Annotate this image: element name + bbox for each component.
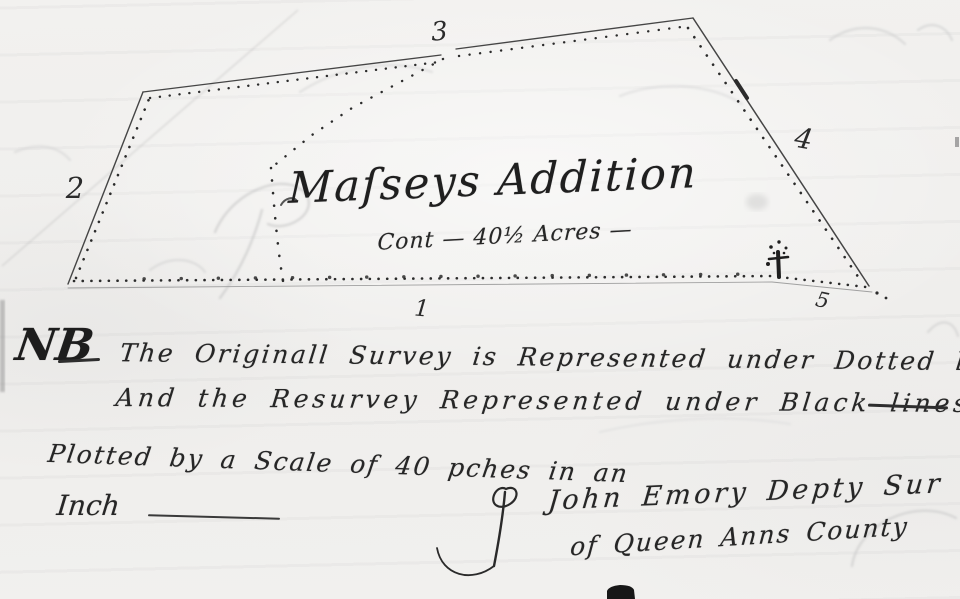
- cross-arm: [769, 257, 788, 259]
- plat-solid-edges: [68, 18, 872, 292]
- per-mark: [437, 488, 517, 575]
- per-mark-stem: [494, 492, 505, 566]
- plat-dotted-top-right: [459, 26, 689, 56]
- ghost-stroke-top-center: [620, 86, 742, 104]
- smudge-spot: [746, 194, 768, 210]
- cross-dot: [766, 262, 770, 266]
- cross-dot: [769, 245, 773, 249]
- corner-label-2: 2: [65, 171, 84, 205]
- paper-speck: [955, 137, 959, 147]
- stray-dot: [875, 291, 878, 294]
- cross-dot: [783, 252, 786, 255]
- plat-dotted-bottom: [74, 276, 866, 287]
- crease-line: [2, 10, 298, 266]
- plat-edge-top-left: [143, 55, 441, 92]
- edge-shadow-left: [0, 300, 5, 392]
- cross-dot: [777, 240, 780, 243]
- plat-dotted-top-left: [150, 62, 439, 98]
- corner-label-3: 3: [430, 16, 449, 47]
- ghost-streak-bottom-center: [600, 418, 790, 432]
- interior-dotted-diagonal: [271, 59, 443, 168]
- cross-dot: [785, 247, 788, 250]
- note-line-2: And the Resurvey Represented under Black…: [114, 383, 960, 418]
- scale-note-line-2: Inch: [55, 489, 121, 522]
- scanned-survey-document: 1 2 3 4 5 Maſseys Addition Cont — 40½ Ac…: [0, 0, 960, 599]
- cross-dot: [773, 252, 776, 255]
- stray-dot: [885, 297, 888, 300]
- ghost-stroke-top-left: [300, 65, 432, 92]
- plat-dotted-left: [76, 99, 149, 278]
- plat-edge-right-ink-blob: [736, 81, 747, 98]
- cross-stem: [778, 252, 779, 277]
- bottom-partial-glyph: [607, 585, 635, 599]
- nb-label: NB: [12, 320, 97, 371]
- ghost-curl-mid-left: [150, 260, 205, 272]
- plat-edge-bottom-faint: [68, 282, 872, 292]
- ghost-stroke-right-mid: [928, 322, 958, 336]
- corner-label-1: 1: [413, 295, 430, 322]
- plat-drawing: 1 2 3 4 5: [0, 0, 960, 599]
- plat-dotted-right: [688, 28, 861, 281]
- plat-edge-top-right: [456, 18, 693, 49]
- corner-label-4: 4: [791, 121, 815, 157]
- plat-edge-right: [693, 18, 869, 286]
- ghost-stroke-top-right: [830, 25, 952, 44]
- per-mark-tail: [437, 548, 494, 575]
- ghost-stroke-left-edge: [15, 146, 70, 160]
- corner-cross-marker: [766, 240, 788, 277]
- corner-label-5: 5: [813, 287, 831, 313]
